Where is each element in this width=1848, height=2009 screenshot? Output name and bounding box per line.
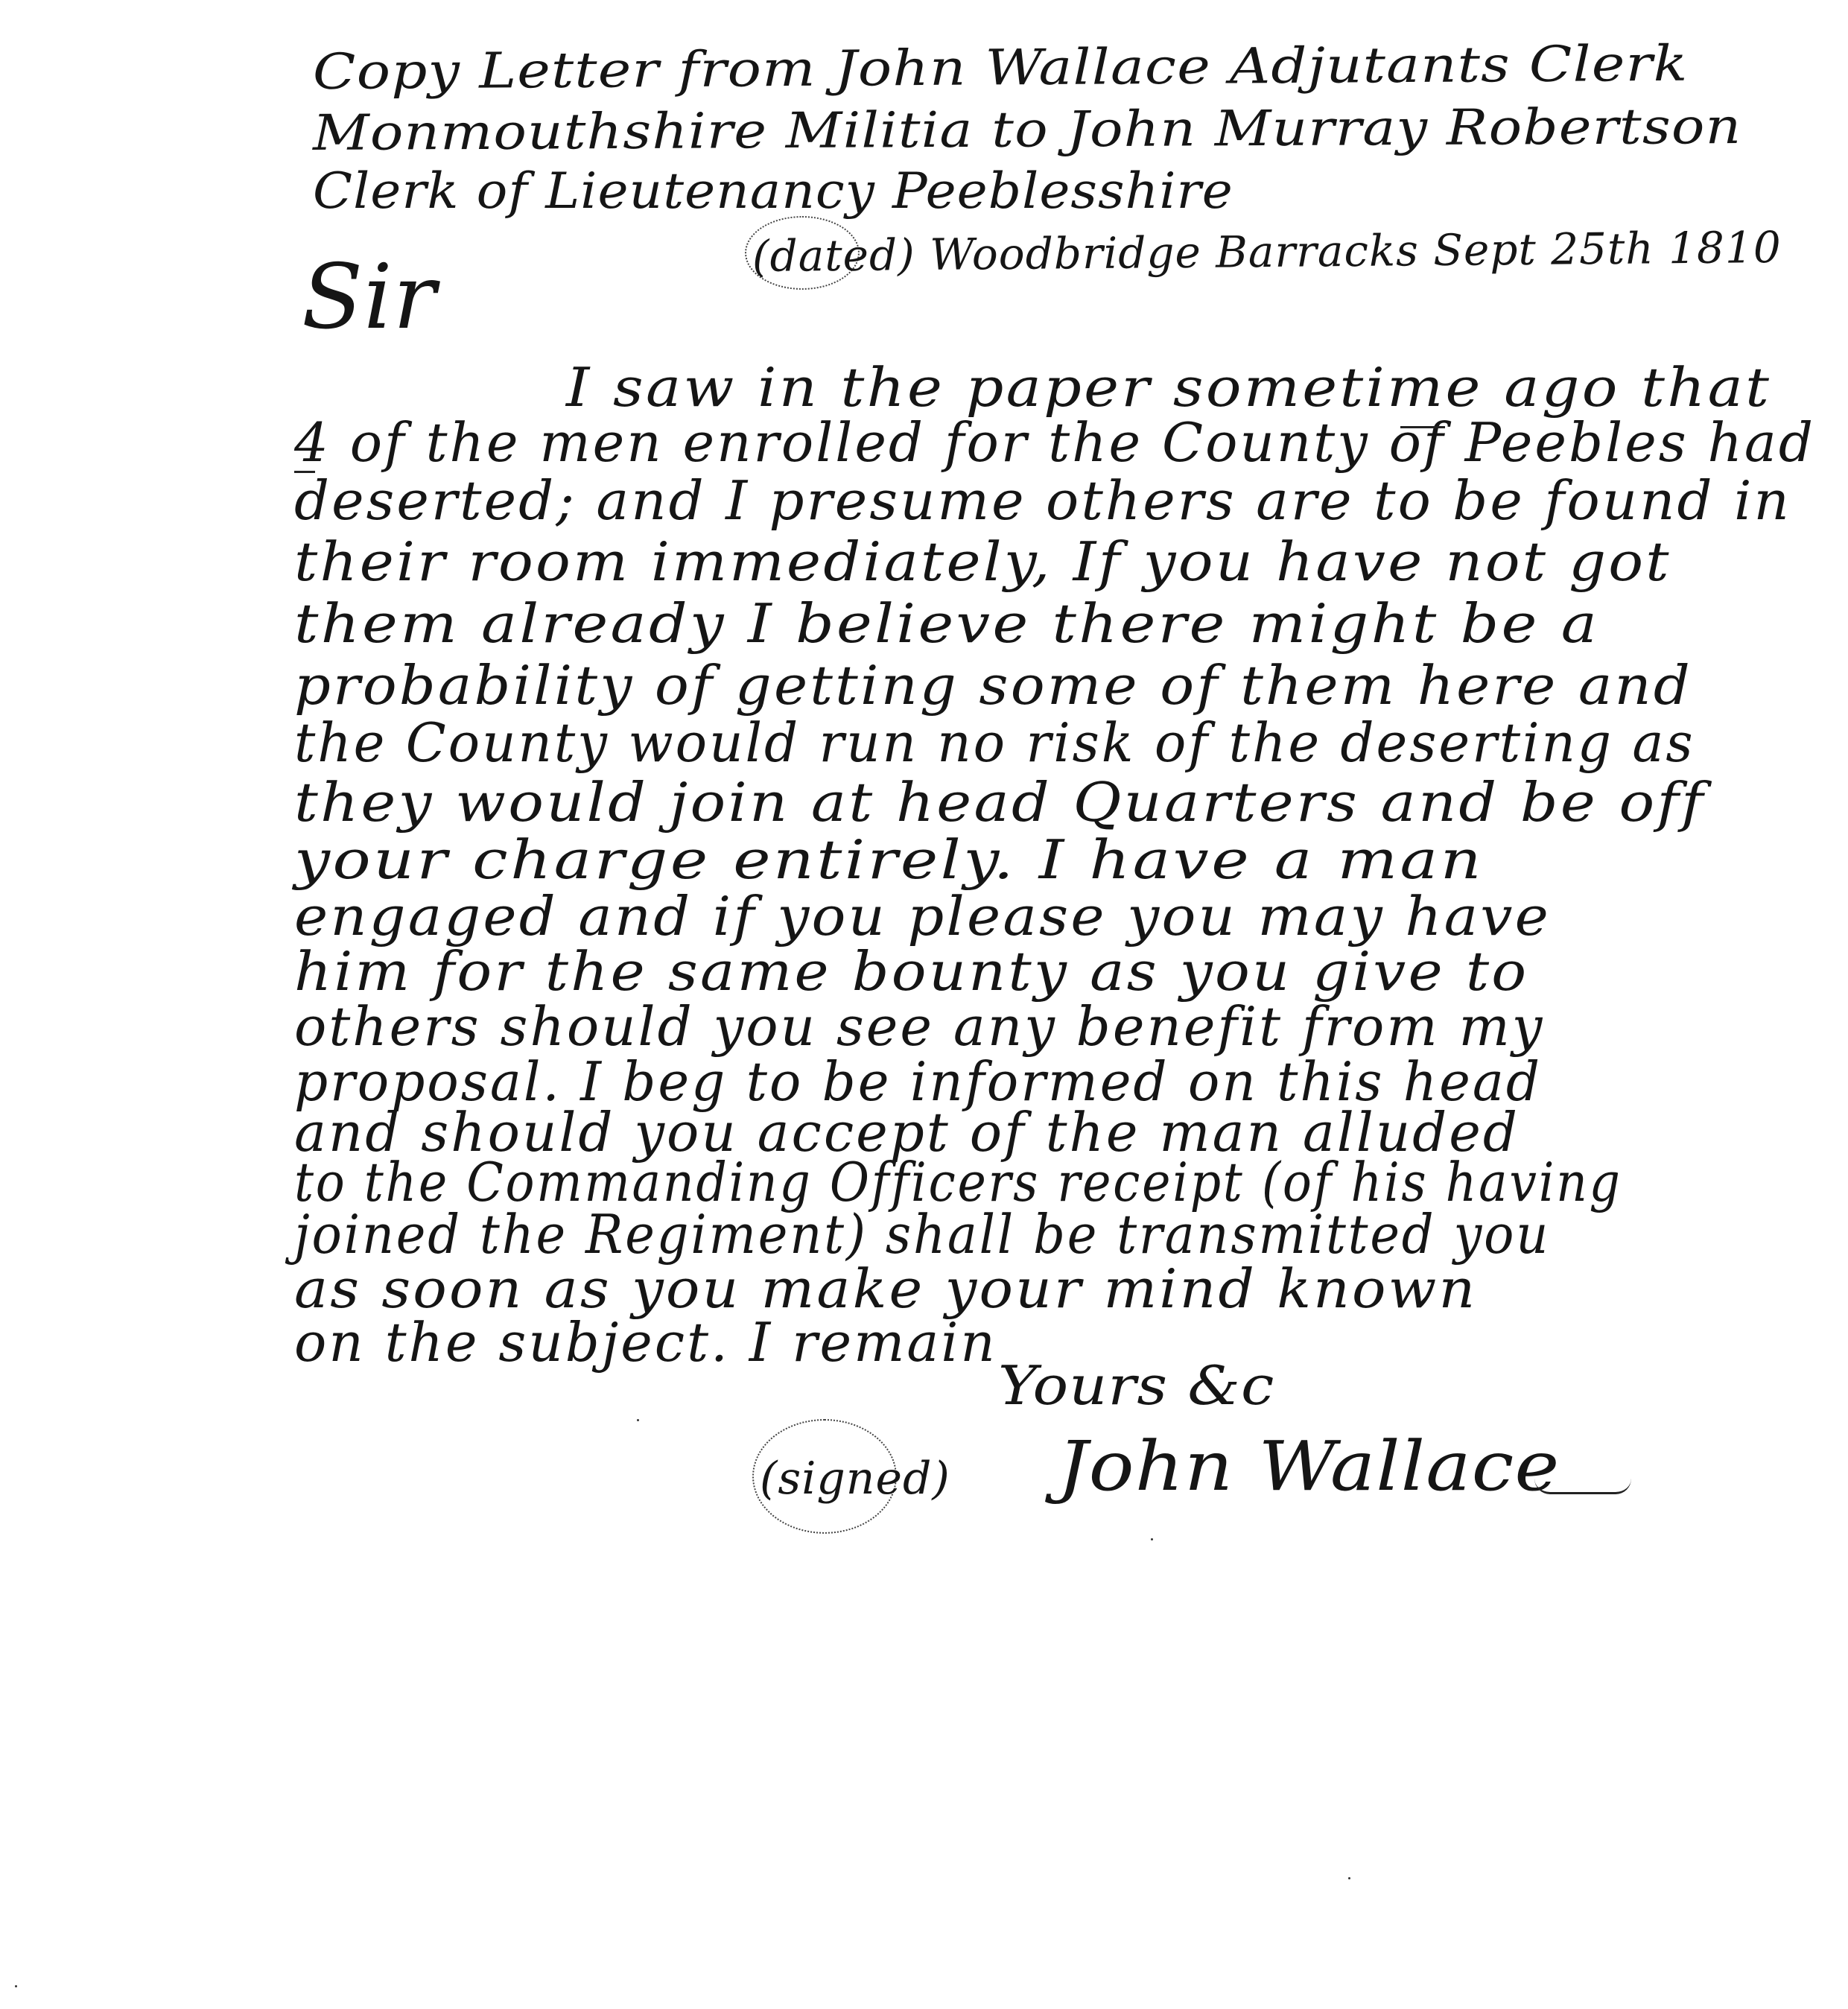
body-line-5: them already I believe there might be a <box>294 592 1599 655</box>
body-line-16: joined the Regiment) shall be transmitte… <box>294 1203 1550 1266</box>
scan-speck <box>637 1419 639 1421</box>
body-line-12: others should you see any benefit from m… <box>294 995 1544 1058</box>
body-line-2: 4 of the men enrolled for the County of … <box>294 411 1815 474</box>
body-line-8: they would join at head Quarters and be … <box>294 771 1706 834</box>
body-line-18: on the subject. I remain <box>294 1311 997 1374</box>
body-line-1-text: I saw in the paper sometime ago that <box>566 356 1771 419</box>
body-line-4: their room immediately, If you have not … <box>294 530 1671 593</box>
scan-speck <box>1151 1538 1153 1540</box>
dateline: (dated) Woodbridge Barracks Sept 25th 18… <box>752 222 1782 282</box>
scanned-letter-page: Copy Letter from John Wallace Adjutants … <box>0 0 1848 2009</box>
body-line-10: engaged and if you please you may have <box>294 885 1551 948</box>
salutation: Sir <box>302 246 436 349</box>
signed-label: (signed) <box>760 1453 950 1505</box>
closing: Yours &c <box>998 1354 1274 1417</box>
signature-flourish <box>1534 1479 1631 1494</box>
body-line-9: your charge entirely. I have a man <box>294 828 1484 891</box>
body-line-1: I saw in the paper sometime ago that <box>566 356 1771 419</box>
body-line-11: him for the same bounty as you give to <box>294 940 1528 1003</box>
body-line-3: deserted; and I presume others are to be… <box>294 469 1791 532</box>
scan-speck <box>15 1985 17 1987</box>
underline-4 <box>294 468 315 473</box>
heading-line-1: Copy Letter from John Wallace Adjutants … <box>313 35 1689 101</box>
scan-speck <box>1348 1877 1350 1879</box>
heading-line-2: Monmouthshire Militia to John Murray Rob… <box>313 98 1742 162</box>
signature-name: John Wallace <box>1058 1426 1560 1506</box>
body-line-7: the County would run no risk of the dese… <box>294 711 1695 774</box>
heading-line-3: Clerk of Lieutenancy Peeblesshire <box>313 162 1233 220</box>
underline-that <box>1400 423 1445 428</box>
body-line-6: probability of getting some of them here… <box>294 654 1692 717</box>
